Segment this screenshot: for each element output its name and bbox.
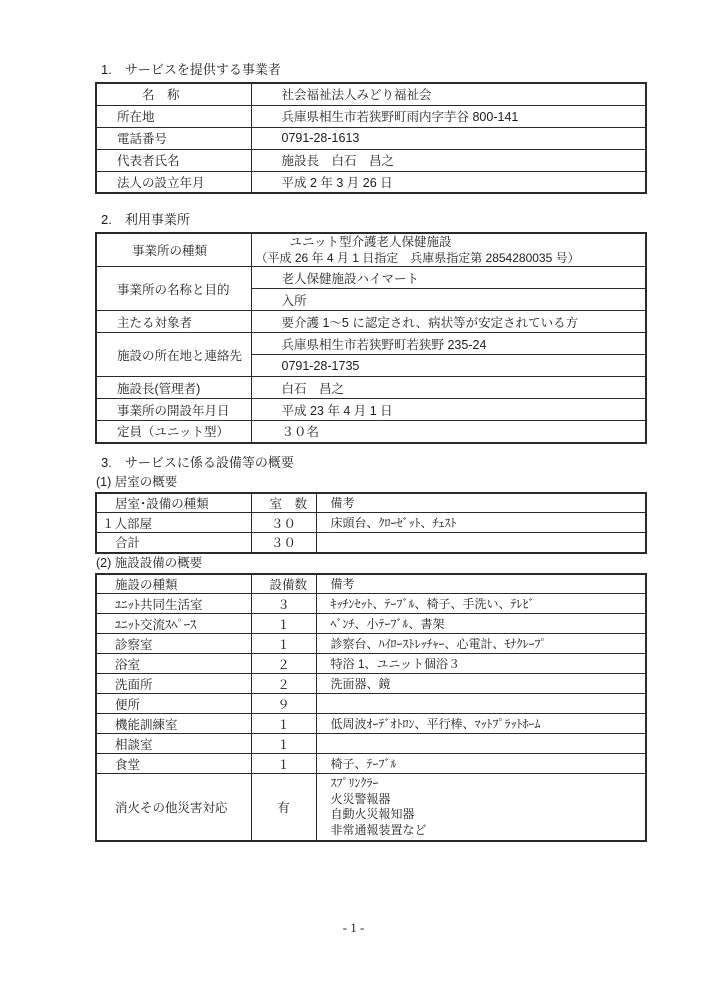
table-row: ﾕﾆｯﾄ共同生活室 ３ ｷｯﾁﾝｾｯﾄ、ﾃｰﾌﾞﾙ、椅子、手洗い、ﾃﾚﾋﾞ <box>96 594 646 614</box>
facility-note: ｷｯﾁﾝｾｯﾄ、ﾃｰﾌﾞﾙ、椅子、手洗い、ﾃﾚﾋﾞ <box>316 594 646 614</box>
provider-address-value: 兵庫県相生市若狭野町雨内字芋谷 800-141 <box>251 105 646 127</box>
provider-phone-label: 電話番号 <box>96 127 251 149</box>
facility-count: ２ <box>251 654 316 674</box>
provider-phone-value: 0791-28-1613 <box>251 127 646 149</box>
document-body: 1. サービスを提供する事業者 名 称 社会福祉法人みどり福祉会 所在地 兵庫県… <box>95 61 645 842</box>
rooms-table: 居室･設備の種類 室 数 備考 １人部屋 ３０ 床頭台、ｸﾛｰｾﾞｯﾄ、ﾁｪｽﾄ… <box>95 492 647 554</box>
office-location-label: 施設の所在地と連絡先 <box>96 333 251 377</box>
room-note: 床頭台、ｸﾛｰｾﾞｯﾄ、ﾁｪｽﾄ <box>316 513 646 533</box>
rooms-header-note: 備考 <box>316 493 646 513</box>
facility-type: 浴室 <box>96 654 251 674</box>
office-type-value: ユニット型介護老人保健施設 （平成 26 年 4 月 1 日指定 兵庫県指定第 … <box>251 233 646 267</box>
facility-note: ﾍﾞﾝﾁ、小ﾃｰﾌﾞﾙ、書架 <box>316 614 646 634</box>
table-row: 浴室 ２ 特浴 1、ユニット個浴３ <box>96 654 646 674</box>
facilities-header-type: 施設の種類 <box>96 574 251 594</box>
table-row: １人部屋 ３０ 床頭台、ｸﾛｰｾﾞｯﾄ、ﾁｪｽﾄ <box>96 513 646 533</box>
room-note <box>316 533 646 553</box>
facility-count: １ <box>251 734 316 754</box>
facility-note: 低周波ｵｰﾃﾞｵﾄﾛﾝ、平行棒、ﾏｯﾄﾌﾟﾗｯﾄﾎｰﾑ <box>316 714 646 734</box>
office-table: 事業所の種類 ユニット型介護老人保健施設 （平成 26 年 4 月 1 日指定 … <box>95 232 647 444</box>
table-row: 所在地 兵庫県相生市若狭野町雨内字芋谷 800-141 <box>96 105 646 127</box>
facility-note: 洗面器、鏡 <box>316 674 646 694</box>
table-row: 電話番号 0791-28-1613 <box>96 127 646 149</box>
facility-note <box>316 734 646 754</box>
table-row: ﾕﾆｯﾄ交流ｽﾍﾟｰｽ １ ﾍﾞﾝﾁ、小ﾃｰﾌﾞﾙ、書架 <box>96 614 646 634</box>
table-row: 事業所の名称と目的 老人保健施設ハイマート <box>96 267 646 289</box>
office-capacity-label: 定員（ユニット型） <box>96 421 251 443</box>
table-row: 施設の所在地と連絡先 兵庫県相生市若狭野町若狭野 235-24 <box>96 333 646 355</box>
table-row: 事業所の開設年月日 平成 23 年 4 月 1 日 <box>96 399 646 421</box>
facility-type: 相談室 <box>96 734 251 754</box>
rooms-header-type: 居室･設備の種類 <box>96 493 251 513</box>
rooms-header-count: 室 数 <box>251 493 316 513</box>
facility-note: 診察台、ﾊｲﾛｰｽﾄﾚｯﾁｬｰ、心電計、ﾓﾅｸﾚｰﾌﾟ <box>316 634 646 654</box>
fire-safety-note-line: 非常通報装置など <box>331 823 646 839</box>
facility-note <box>316 694 646 714</box>
facility-type: 食堂 <box>96 754 251 774</box>
table-row: 定員（ユニット型） ３０名 <box>96 421 646 443</box>
office-capacity-value: ３０名 <box>251 421 646 443</box>
facility-count: ３ <box>251 594 316 614</box>
office-target-label: 主たる対象者 <box>96 311 251 333</box>
section2-heading: 2. 利用事業所 <box>95 211 645 228</box>
facilities-header-note: 備考 <box>316 574 646 594</box>
table-row: 洗面所 ２ 洗面器、鏡 <box>96 674 646 694</box>
facility-type: 診察室 <box>96 634 251 654</box>
section1-heading: 1. サービスを提供する事業者 <box>95 61 645 78</box>
facility-count: １ <box>251 614 316 634</box>
table-row: 便所 ９ <box>96 694 646 714</box>
office-opened-value: 平成 23 年 4 月 1 日 <box>251 399 646 421</box>
facility-type: 便所 <box>96 694 251 714</box>
provider-representative-value: 施設長 白石 昌之 <box>251 149 646 171</box>
facility-type: 機能訓練室 <box>96 714 251 734</box>
table-row: 合計 ３０ <box>96 533 646 553</box>
provider-founded-value: 平成 2 年 3 月 26 日 <box>251 171 646 193</box>
facilities-subheading: (2) 施設設備の概要 <box>95 556 645 571</box>
provider-name-label: 名 称 <box>96 83 251 105</box>
facility-type: ﾕﾆｯﾄ共同生活室 <box>96 594 251 614</box>
fire-safety-note-line: 自動火災報知器 <box>331 807 646 823</box>
table-header-row: 居室･設備の種類 室 数 備考 <box>96 493 646 513</box>
facility-count: １ <box>251 634 316 654</box>
rooms-subheading: (1) 居室の概要 <box>95 475 645 490</box>
facility-count: ２ <box>251 674 316 694</box>
office-address-value: 兵庫県相生市若狭野町若狭野 235-24 <box>251 333 646 355</box>
table-row: 診察室 １ 診察台、ﾊｲﾛｰｽﾄﾚｯﾁｬｰ、心電計、ﾓﾅｸﾚｰﾌﾟ <box>96 634 646 654</box>
provider-table: 名 称 社会福祉法人みどり福祉会 所在地 兵庫県相生市若狭野町雨内字芋谷 800… <box>95 82 647 194</box>
provider-representative-label: 代表者氏名 <box>96 149 251 171</box>
fire-safety-type: 消火その他災害対応 <box>96 774 251 842</box>
office-type-label: 事業所の種類 <box>96 233 251 267</box>
office-name-purpose-label: 事業所の名称と目的 <box>96 267 251 311</box>
office-manager-label: 施設長(管理者) <box>96 377 251 399</box>
fire-safety-note: ｽﾌﾟﾘﾝｸﾗｰ 火災警報器 自動火災報知器 非常通報装置など <box>316 774 646 842</box>
facilities-table: 施設の種類 設備数 備考 ﾕﾆｯﾄ共同生活室 ３ ｷｯﾁﾝｾｯﾄ、ﾃｰﾌﾞﾙ、椅… <box>95 573 647 843</box>
office-target-value: 要介護 1～5 に認定され、病状等が安定されている方 <box>251 311 646 333</box>
table-row: 機能訓練室 １ 低周波ｵｰﾃﾞｵﾄﾛﾝ、平行棒、ﾏｯﾄﾌﾟﾗｯﾄﾎｰﾑ <box>96 714 646 734</box>
facilities-header-count: 設備数 <box>251 574 316 594</box>
provider-founded-label: 法人の設立年月 <box>96 171 251 193</box>
fire-safety-note-line: ｽﾌﾟﾘﾝｸﾗｰ <box>331 776 646 792</box>
office-phone-value: 0791-28-1735 <box>251 355 646 377</box>
office-opened-label: 事業所の開設年月日 <box>96 399 251 421</box>
page-number: - 1 - <box>0 920 707 936</box>
room-type: １人部屋 <box>96 513 251 533</box>
fire-safety-note-line: 火災警報器 <box>331 792 646 808</box>
office-manager-value: 白石 昌之 <box>251 377 646 399</box>
fire-safety-count: 有 <box>251 774 316 842</box>
facility-count: １ <box>251 754 316 774</box>
table-row: 事業所の種類 ユニット型介護老人保健施設 （平成 26 年 4 月 1 日指定 … <box>96 233 646 267</box>
table-row-fire-safety: 消火その他災害対応 有 ｽﾌﾟﾘﾝｸﾗｰ 火災警報器 自動火災報知器 非常通報装… <box>96 774 646 842</box>
office-type-line2: （平成 26 年 4 月 1 日指定 兵庫県指定第 2854280035 号） <box>252 250 646 266</box>
facility-count: ９ <box>251 694 316 714</box>
table-row: 食堂 １ 椅子、ﾃｰﾌﾞﾙ <box>96 754 646 774</box>
office-purpose-value: 入所 <box>251 289 646 311</box>
room-count: ３０ <box>251 533 316 553</box>
facility-type: ﾕﾆｯﾄ交流ｽﾍﾟｰｽ <box>96 614 251 634</box>
facility-note: 特浴 1、ユニット個浴３ <box>316 654 646 674</box>
section3-heading: 3. サービスに係る設備等の概要 <box>95 454 645 471</box>
table-row: 法人の設立年月 平成 2 年 3 月 26 日 <box>96 171 646 193</box>
office-name-value: 老人保健施設ハイマート <box>251 267 646 289</box>
table-row: 相談室 １ <box>96 734 646 754</box>
table-row: 名 称 社会福祉法人みどり福祉会 <box>96 83 646 105</box>
room-count: ３０ <box>251 513 316 533</box>
table-row: 主たる対象者 要介護 1～5 に認定され、病状等が安定されている方 <box>96 311 646 333</box>
facility-type: 洗面所 <box>96 674 251 694</box>
office-type-line1: ユニット型介護老人保健施設 <box>252 234 646 250</box>
table-row: 代表者氏名 施設長 白石 昌之 <box>96 149 646 171</box>
provider-name-value: 社会福祉法人みどり福祉会 <box>251 83 646 105</box>
facility-count: １ <box>251 714 316 734</box>
table-header-row: 施設の種類 設備数 備考 <box>96 574 646 594</box>
facility-note: 椅子、ﾃｰﾌﾞﾙ <box>316 754 646 774</box>
room-type: 合計 <box>96 533 251 553</box>
table-row: 施設長(管理者) 白石 昌之 <box>96 377 646 399</box>
provider-address-label: 所在地 <box>96 105 251 127</box>
